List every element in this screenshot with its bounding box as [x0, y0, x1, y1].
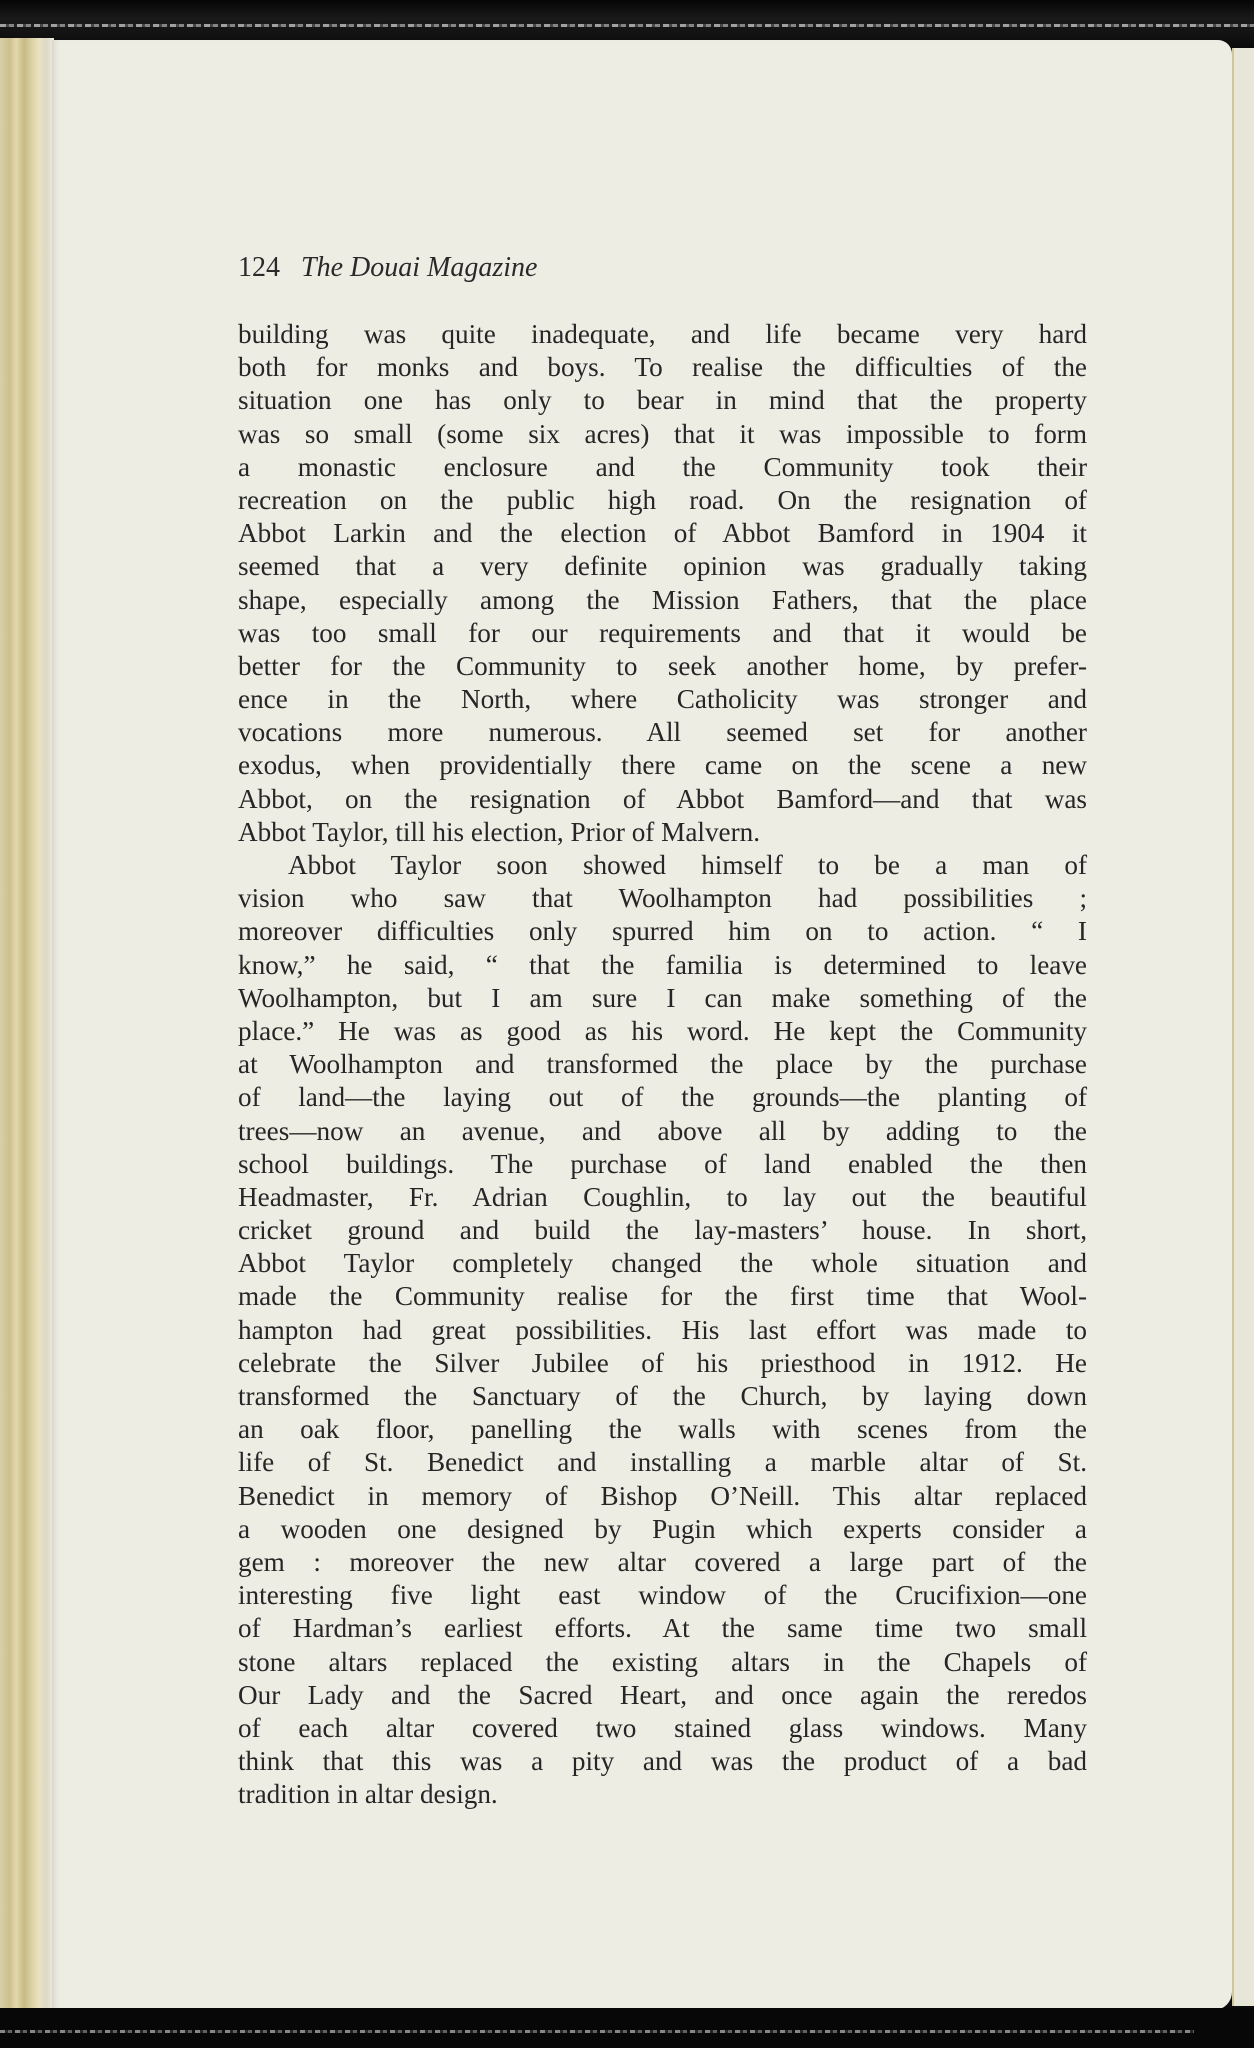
- text-line: made the Community realise for the first…: [238, 1280, 1087, 1313]
- text-line: Abbot, on the resignation of Abbot Bamfo…: [238, 783, 1087, 816]
- text-line: Abbot Taylor completely changed the whol…: [238, 1247, 1087, 1280]
- text-line: of land—the laying out of the grounds—th…: [238, 1081, 1087, 1114]
- text-line: celebrate the Silver Jubilee of his prie…: [238, 1347, 1087, 1380]
- text-line: shape, especially among the Mission Fath…: [238, 584, 1087, 617]
- page-edges-stack: [0, 38, 54, 2010]
- text-line: gem : moreover the new altar covered a l…: [238, 1546, 1087, 1579]
- text-line: Our Lady and the Sacred Heart, and once …: [238, 1679, 1087, 1712]
- text-line: better for the Community to seek another…: [238, 650, 1087, 683]
- paragraph: Abbot Taylor soon showed himself to be a…: [238, 849, 1087, 1811]
- text-line: both for monks and boys. To realise the …: [238, 351, 1087, 384]
- text-line: interesting five light east window of th…: [238, 1579, 1087, 1612]
- text-line: tradition in altar design.: [238, 1778, 1087, 1811]
- text-line: vocations more numerous. All seemed set …: [238, 716, 1087, 749]
- text-line: a wooden one designed by Pugin which exp…: [238, 1513, 1087, 1546]
- text-line: ence in the North, where Catholicity was…: [238, 683, 1087, 716]
- running-head: 124 The Douai Magazine: [238, 252, 537, 284]
- text-line: exodus, when providentially there came o…: [238, 749, 1087, 782]
- text-line: Headmaster, Fr. Adrian Coughlin, to lay …: [238, 1181, 1087, 1214]
- text-line: trees—now an avenue, and above all by ad…: [238, 1115, 1087, 1148]
- text-line: of each altar covered two stained glass …: [238, 1712, 1087, 1745]
- text-line: was so small (some six acres) that it wa…: [238, 418, 1087, 451]
- text-line: transformed the Sanctuary of the Church,…: [238, 1380, 1087, 1413]
- text-line: at Woolhampton and transformed the place…: [238, 1048, 1087, 1081]
- magazine-title: The Douai Magazine: [301, 252, 537, 283]
- text-line: an oak floor, panelling the walls with s…: [238, 1413, 1087, 1446]
- text-line: Abbot Taylor, till his election, Prior o…: [238, 816, 1087, 849]
- text-line: Benedict in memory of Bishop O’Neill. Th…: [238, 1480, 1087, 1513]
- paragraph: building was quite inadequate, and life …: [238, 318, 1087, 849]
- text-line: know,” he said, “ that the familia is de…: [238, 949, 1087, 982]
- text-line: school buildings. The purchase of land e…: [238, 1148, 1087, 1181]
- text-line: building was quite inadequate, and life …: [238, 318, 1087, 351]
- text-line: stone altars replaced the existing altar…: [238, 1646, 1087, 1679]
- text-line: Abbot Larkin and the election of Abbot B…: [238, 517, 1087, 550]
- book-binding-bottom: [0, 2008, 1254, 2048]
- text-line: moreover difficulties only spurred him o…: [238, 915, 1087, 948]
- text-line: life of St. Benedict and installing a ma…: [238, 1446, 1087, 1479]
- text-line: was too small for our requirements and t…: [238, 617, 1087, 650]
- text-line: situation one has only to bear in mind t…: [238, 384, 1087, 417]
- page-number: 124: [238, 252, 280, 283]
- text-line: cricket ground and build the lay-masters…: [238, 1214, 1087, 1247]
- text-line: think that this was a pity and was the p…: [238, 1745, 1087, 1778]
- text-line: seemed that a very definite opinion was …: [238, 550, 1087, 583]
- body-text: building was quite inadequate, and life …: [238, 318, 1087, 1811]
- text-line: of Hardman’s earliest efforts. At the sa…: [238, 1612, 1087, 1645]
- text-line: Woolhampton, but I am sure I can make so…: [238, 982, 1087, 1015]
- text-line: place.” He was as good as his word. He k…: [238, 1015, 1087, 1048]
- text-line: a monastic enclosure and the Community t…: [238, 451, 1087, 484]
- text-line: recreation on the public high road. On t…: [238, 484, 1087, 517]
- text-line: hampton had great possibilities. His las…: [238, 1314, 1087, 1347]
- text-line: Abbot Taylor soon showed himself to be a…: [238, 849, 1087, 882]
- text-line: vision who saw that Woolhampton had poss…: [238, 882, 1087, 915]
- facing-page-edge: [1232, 48, 1254, 2006]
